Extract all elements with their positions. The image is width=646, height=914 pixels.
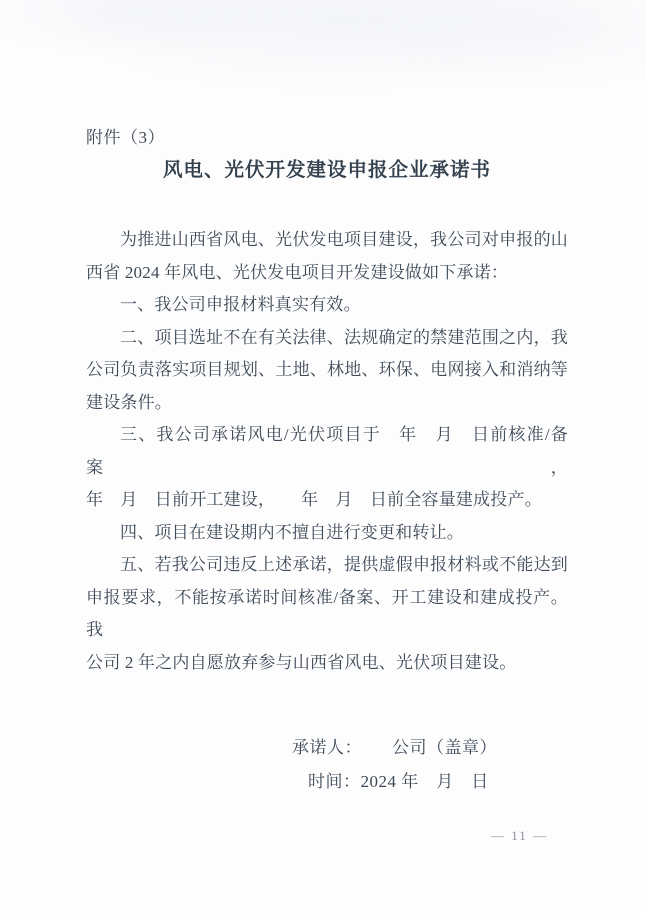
attachment-label: 附件（3） <box>86 128 568 148</box>
document-content: 附件（3） 风电、光伏开发建设申报企业承诺书 为推进山西省风电、光伏发电项目建设… <box>0 0 646 799</box>
paragraph-6-line-1: 五、若我公司违反上述承诺，提供虚假申报材料或不能达到 <box>86 549 568 582</box>
paragraph-2-line-1: 一、我公司申报材料真实有效。 <box>86 289 568 322</box>
signature-date-line: 时间：2024 年 月 日 <box>292 765 568 799</box>
paragraph-1-line-1: 为推进山西省风电、光伏发电项目建设，我公司对申报的山 <box>86 224 568 257</box>
signer-value: 公司（盖章） <box>392 738 497 757</box>
paragraph-5-line-1: 四、项目在建设期内不擅自进行变更和转让。 <box>86 517 568 550</box>
paragraph-3-line-2: 公司负责落实项目规划、土地、林地、环保、电网接入和消纳等 <box>86 354 568 387</box>
paragraph-4-line-1: 三、我公司承诺风电/光伏项目于 年 月 日前核准/备案， <box>86 419 568 484</box>
date-value: 2024 年 月 日 <box>361 772 489 791</box>
paragraph-4-line-2: 年 月 日前开工建设， 年 月 日前全容量建成投产。 <box>86 484 568 517</box>
signature-signer-line: 承诺人：公司（盖章） <box>292 731 568 765</box>
paragraph-6-line-2: 申报要求，不能按承诺时间核准/备案、开工建设和建成投产。我 <box>86 582 568 647</box>
signer-label: 承诺人： <box>292 738 362 757</box>
paragraph-6-line-3: 公司 2 年之内自愿放弃参与山西省风电、光伏项目建设。 <box>86 647 568 680</box>
paragraph-3-line-3: 建设条件。 <box>86 387 568 420</box>
date-label: 时间： <box>308 772 361 791</box>
paragraph-1-line-2: 西省 2024 年风电、光伏发电项目开发建设做如下承诺： <box>86 257 568 290</box>
document-title: 风电、光伏开发建设申报企业承诺书 <box>86 158 568 184</box>
page-number: — 11 — <box>491 828 548 844</box>
paragraph-3-line-1: 二、项目选址不在有关法律、法规确定的禁建范围之内，我 <box>86 322 568 355</box>
document-body: 为推进山西省风电、光伏发电项目建设，我公司对申报的山 西省 2024 年风电、光… <box>86 224 568 679</box>
document-page: 附件（3） 风电、光伏开发建设申报企业承诺书 为推进山西省风电、光伏发电项目建设… <box>0 0 646 914</box>
signature-block: 承诺人：公司（盖章） 时间：2024 年 月 日 <box>292 731 568 799</box>
